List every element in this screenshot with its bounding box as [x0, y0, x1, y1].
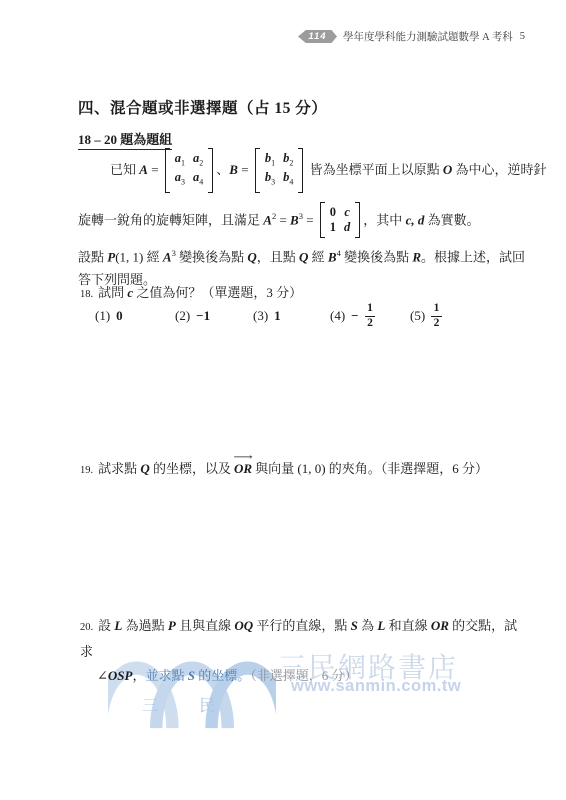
option-label: (2) — [175, 308, 190, 324]
question-19-text: 試求點 — [98, 461, 140, 476]
var-OQ: OQ — [234, 618, 253, 633]
matrix-a-grid: a1a2a3a4 — [170, 148, 209, 193]
var-B: B — [229, 162, 238, 177]
option-1: (1)0 — [95, 300, 123, 332]
matrix-cell: 0 — [330, 205, 336, 220]
intro-text: 變換後為點 — [341, 249, 413, 264]
option-label: (1) — [95, 308, 110, 324]
matrix-cell: a1 — [175, 151, 185, 171]
intro-text: 旋轉一銳角的旋轉矩陣，且滿足 — [78, 212, 263, 227]
matrix-cell: b1 — [265, 151, 275, 171]
header-title: 學年度學科能力測驗試題數學 A 考科 — [343, 29, 513, 44]
option-value: −1 — [196, 308, 210, 324]
question-20-text: 設 — [98, 618, 114, 633]
matrix-bracket-right — [298, 148, 303, 193]
section-title: 四、混合題或非選擇題（占 15 分） — [78, 96, 327, 118]
option-value: 0 — [116, 308, 123, 324]
question-18-number: 18. — [80, 289, 93, 300]
var-B: B — [328, 249, 337, 264]
equals-sign: = — [303, 212, 317, 227]
logo-char-min: 民 — [199, 697, 215, 715]
option-label: (5) — [410, 308, 425, 324]
question-18-text: 試問 — [98, 285, 127, 300]
matrix-b: b1b2b3b4 — [255, 148, 304, 193]
vector-or: ⟶OR — [234, 461, 252, 477]
question-20-text: 且與直線 — [176, 618, 235, 633]
equals-sign: = — [148, 162, 162, 177]
fraction: 12 — [365, 302, 376, 329]
question-20-line-1: 20.設 L 為過點 P 且與直線 OQ 平行的直線，點 S 為 L 和直線 O… — [80, 614, 525, 664]
matrix-b-grid: b1b2b3b4 — [260, 148, 299, 193]
intro-line-2: 旋轉一銳角的旋轉矩陣，且滿足 A2 = B3 = 0c1d，其中 c, d 為實… — [78, 194, 510, 242]
intro-text: 經 — [308, 249, 328, 264]
var-S: S — [188, 668, 195, 683]
fraction-numerator: 1 — [431, 302, 442, 316]
var-A: A — [263, 212, 272, 227]
question-19: 19.試求點 Q 的坐標，以及⟶OR與向量 (1, 0) 的夾角。（非選擇題，6… — [80, 458, 488, 477]
question-20-text-blue: 並求點 — [145, 668, 187, 683]
matrix-cell: 1 — [330, 220, 336, 235]
equals-sign: = — [276, 212, 290, 227]
matrix-bracket-right — [208, 148, 213, 193]
var-A: A — [163, 249, 172, 264]
matrix-cell: b4 — [283, 170, 293, 190]
fraction: 12 — [431, 302, 442, 329]
intro-text: 皆為坐標平面上以原點 — [306, 162, 443, 177]
var-O: O — [443, 162, 452, 177]
var-Q: Q — [299, 249, 308, 264]
question-19-text: 的坐標，以及 — [150, 461, 231, 476]
page-number: 5 — [520, 31, 525, 42]
matrix-cell: a4 — [193, 170, 203, 190]
equals-sign: = — [238, 162, 252, 177]
option-4: (4)−12 — [330, 300, 375, 332]
matrix-a: a1a2a3a4 — [165, 148, 214, 193]
matrix-c-grid: 0c1d — [325, 202, 356, 238]
question-20-text: 為 — [358, 618, 378, 633]
matrix-cell: a2 — [193, 151, 203, 171]
matrix-cell: a3 — [175, 170, 185, 190]
var-Q: Q — [140, 461, 149, 476]
fraction-denominator: 2 — [367, 317, 373, 330]
minus-sign: − — [351, 308, 358, 324]
matrix-cell: b3 — [265, 170, 275, 190]
intro-paragraph: 已知 A = a1a2a3a4、B = b1b2b3b4 皆為坐標平面上以原點 … — [78, 147, 510, 291]
intro-text: 已知 — [110, 162, 139, 177]
var-OSP: OSP — [108, 668, 133, 683]
matrix-cell: b2 — [283, 151, 293, 171]
question-20-text-blue: 的坐標。 — [195, 668, 250, 683]
separator: 、 — [216, 162, 229, 177]
question-18: 18.試問 c 之值為何？（單選題，3 分） — [80, 282, 520, 301]
option-label: (4) — [330, 308, 345, 324]
page-header: 114 學年度學科能力測驗試題數學 A 考科 5 — [298, 29, 525, 44]
exam-year-badge: 114 — [298, 30, 337, 43]
option-3: (3)1 — [253, 300, 281, 332]
question-18-options: (1)0 (2)−1 (3)1 (4)−12 (5)12 — [80, 300, 566, 334]
question-19-text: 與向量 (1, 0) 的夾角。（非選擇題，6 分） — [255, 461, 488, 476]
intro-text: 為實數。 — [424, 212, 479, 227]
matrix-c: 0c1d — [320, 202, 361, 238]
var-B: B — [290, 212, 299, 227]
fraction-numerator: 1 — [365, 302, 376, 316]
option-5: (5)12 — [410, 300, 442, 332]
option-2: (2)−1 — [175, 300, 210, 332]
intro-line-1: 已知 A = a1a2a3a4、B = b1b2b3b4 皆為坐標平面上以原點 … — [78, 147, 510, 194]
vector-arrow-icon: ⟶ — [231, 453, 255, 463]
question-20-text: ， — [132, 668, 145, 683]
matrix-cell: c — [344, 205, 350, 220]
angle-symbol: ∠ — [97, 668, 108, 683]
var-Q: Q — [247, 249, 256, 264]
intro-text: ，且點 — [257, 249, 299, 264]
var-OR: OR — [431, 618, 449, 633]
fraction-denominator: 2 — [434, 317, 440, 330]
var-cd: c, d — [406, 212, 425, 227]
var-P: P — [168, 618, 176, 633]
matrix-cell: d — [344, 220, 350, 235]
intro-text: ，其中 — [363, 212, 405, 227]
intro-text: 。根據上述，試回 — [421, 249, 525, 264]
intro-line-3: 設點 P(1, 1) 經 A3 變換後為點 Q，且點 Q 經 B4 變換後為點 … — [78, 242, 510, 268]
intro-text: 變換後為點 — [176, 249, 248, 264]
option-value: 1 — [274, 308, 281, 324]
exam-page: 三 民 三民網路書店 www.sanmin.com.tw 114 學年度學科能力… — [0, 0, 566, 800]
question-20: 20.設 L 為過點 P 且與直線 OQ 平行的直線，點 S 為 L 和直線 O… — [80, 614, 525, 688]
question-20-text: 為過點 — [122, 618, 168, 633]
question-20-number: 20. — [80, 622, 93, 633]
question-20-text: 和直線 — [385, 618, 431, 633]
matrix-bracket-right — [355, 202, 360, 238]
var-R: R — [412, 249, 421, 264]
var-S: S — [351, 618, 358, 633]
intro-text: (1, 1) 經 — [115, 249, 163, 264]
option-label: (3) — [253, 308, 268, 324]
intro-text: 為中心，逆時針 — [452, 162, 546, 177]
question-20-text: 平行的直線，點 — [253, 618, 351, 633]
var-A: A — [139, 162, 148, 177]
question-18-text: 之值為何？（單選題，3 分） — [133, 285, 302, 300]
question-20-line-2: ∠OSP，並求點 S 的坐標。（非選擇題，6 分） — [80, 664, 525, 688]
question-19-number: 19. — [80, 465, 93, 476]
intro-text: 設點 — [78, 249, 107, 264]
question-20-score-note: （非選擇題，6 分） — [250, 668, 357, 683]
logo-char-san: 三 — [142, 697, 158, 715]
vector-label: OR — [234, 461, 252, 476]
